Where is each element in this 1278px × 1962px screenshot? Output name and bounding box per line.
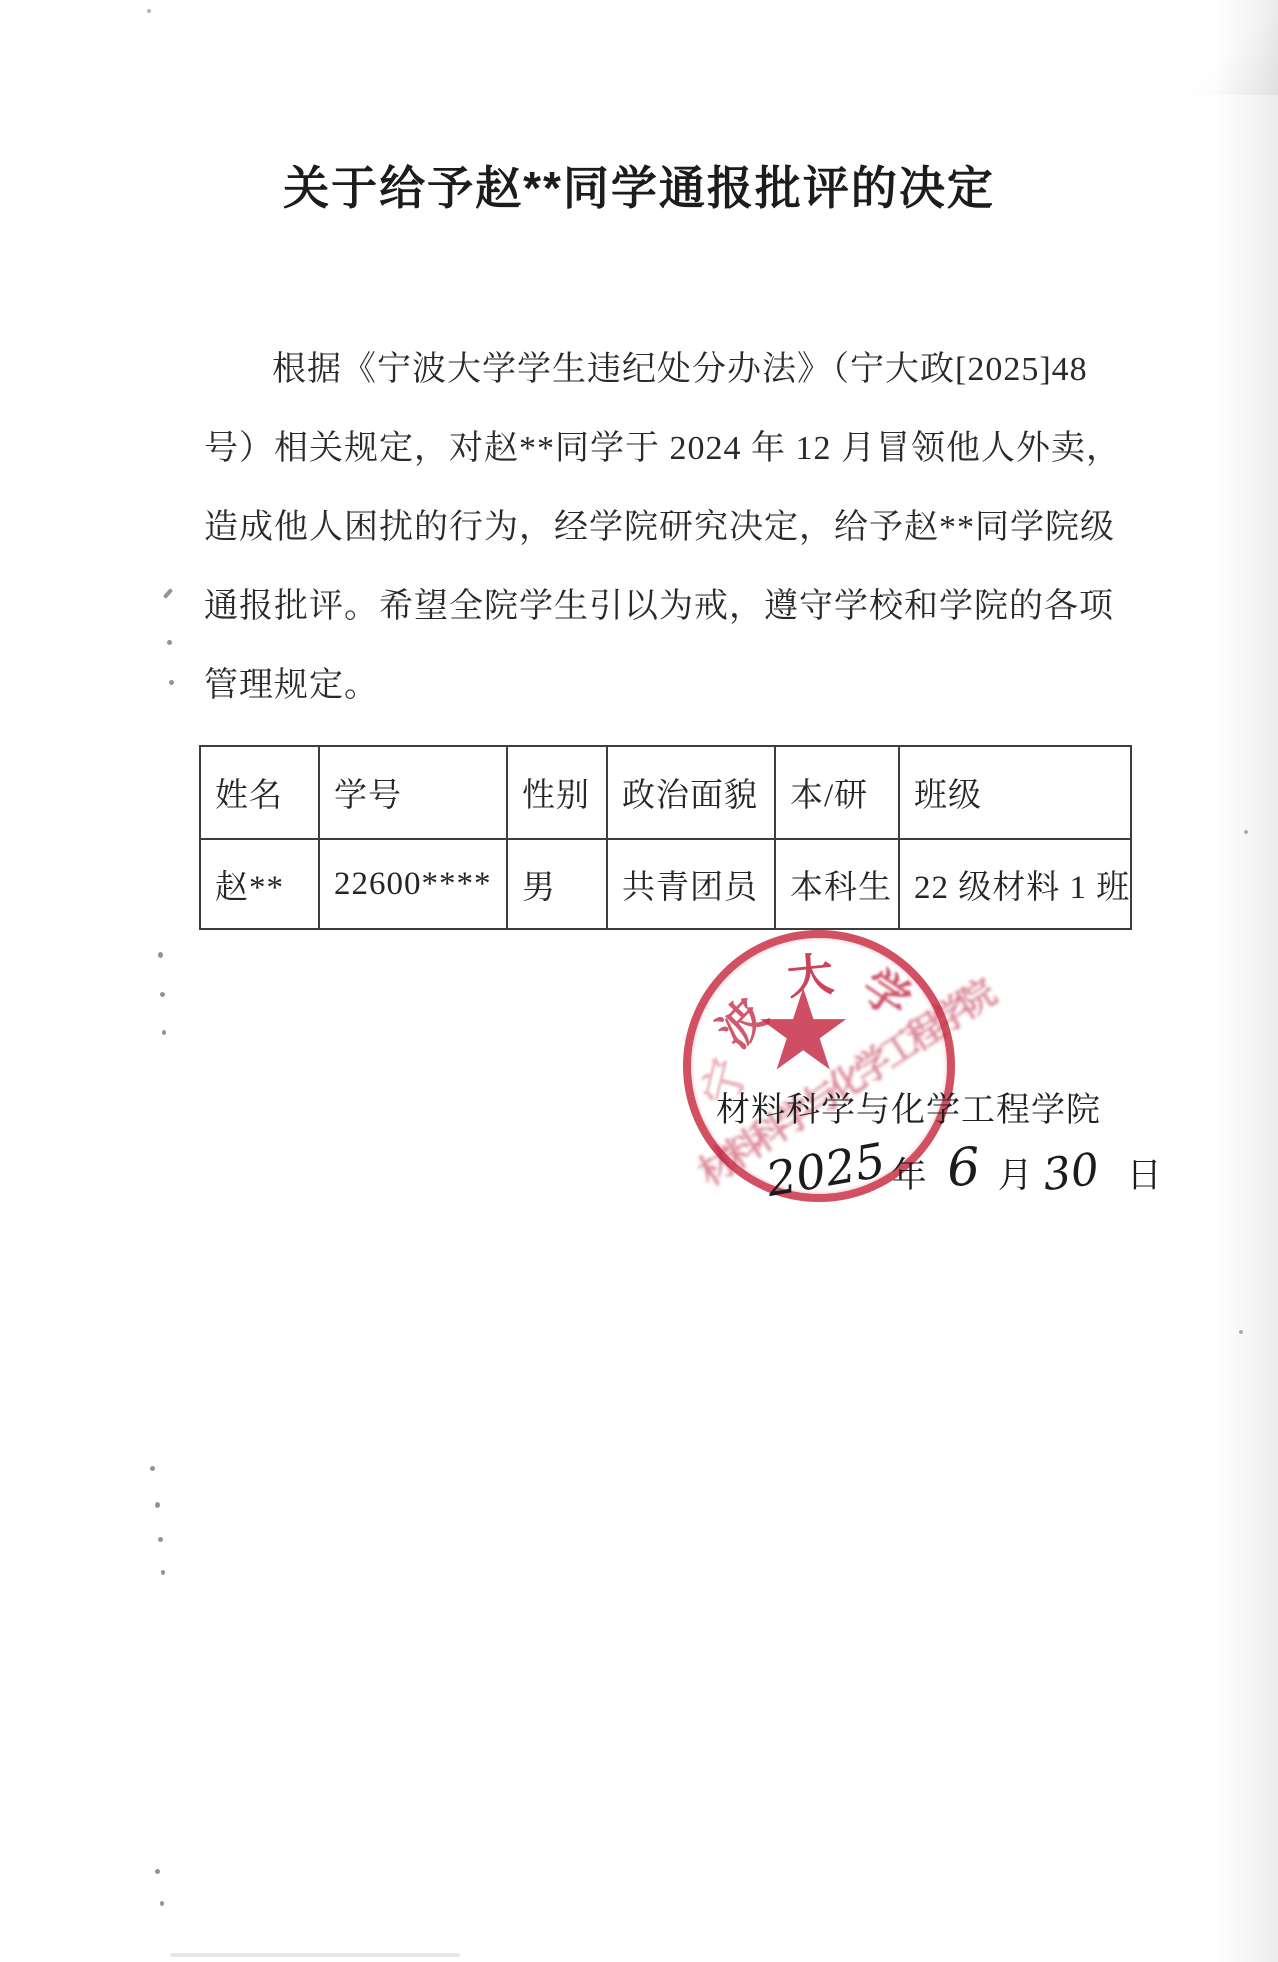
scan-speck [1239,1330,1243,1334]
scan-speck [169,680,174,685]
date-month: 6 [945,1137,982,1199]
signature-date: 2025 年 6 月 30 日 [766,1138,1162,1198]
scan-speck [155,1869,160,1874]
table-header-cell: 班级 [899,746,1131,839]
body-line: 根据《宁波大学学生违纪处分办法》（宁大政[2025]48 [204,330,1056,409]
scan-speck [160,992,165,997]
body-line: 号）相关规定，对赵**同学于 2024 年 12 月冒领他人外卖， [204,409,1056,488]
scan-speck [158,952,163,958]
table-cell-class: 22 级材料 1 班 [899,839,1131,929]
scan-speck [1244,830,1248,834]
date-day-label: 日 [1127,1148,1162,1198]
scan-speck [162,1030,166,1035]
date-month-label: 月 [998,1148,1033,1198]
college-name-line: 材料科学与化学工程学院 [716,1082,1101,1131]
table-cell-student-id: 22600**** [319,839,507,929]
scan-speck [163,588,173,599]
scan-speck [147,9,151,13]
body-paragraph: 根据《宁波大学学生违纪处分办法》（宁大政[2025]48 号）相关规定，对赵**… [204,330,1056,725]
body-line: 通报批评。希望全院学生引以为戒，遵守学校和学院的各项 [204,567,1056,646]
scan-speck [155,1502,160,1508]
table-header-cell: 本/研 [775,746,899,839]
scan-speck [150,1466,155,1471]
date-year-label: 年 [892,1148,927,1198]
date-year: 2025 [762,1133,889,1208]
body-line: 管理规定。 [204,646,1056,725]
table-row: 赵** 22600**** 男 共青团员 本科生 22 级材料 1 班 [200,839,1131,929]
table-header-cell: 学号 [319,746,507,839]
scan-speck [161,1570,165,1575]
scan-speck [158,1537,163,1542]
table-cell-name: 赵** [200,839,319,929]
student-info-table: 姓名 学号 性别 政治面貌 本/研 班级 赵** 22600**** 男 共青团… [199,745,1132,930]
scan-speck [167,640,172,645]
date-day: 30 [1040,1144,1102,1201]
scan-corner-shade [1158,0,1278,95]
table-header-cell: 姓名 [200,746,319,839]
body-line: 造成他人困扰的行为，经学院研究决定，给予赵**同学院级 [204,488,1056,567]
table-header-row: 姓名 学号 性别 政治面貌 本/研 班级 [200,746,1131,839]
scan-speck [160,1901,164,1906]
table-cell-gender: 男 [507,839,607,929]
document-title: 关于给予赵**同学通报批评的决定 [0,152,1278,218]
scan-streak [170,1953,460,1957]
table-cell-political-status: 共青团员 [607,839,775,929]
document-page: 关于给予赵**同学通报批评的决定 根据《宁波大学学生违纪处分办法》（宁大政[20… [0,0,1278,1962]
table-header-cell: 性别 [507,746,607,839]
table-header-cell: 政治面貌 [607,746,775,839]
table-cell-degree-level: 本科生 [775,839,899,929]
